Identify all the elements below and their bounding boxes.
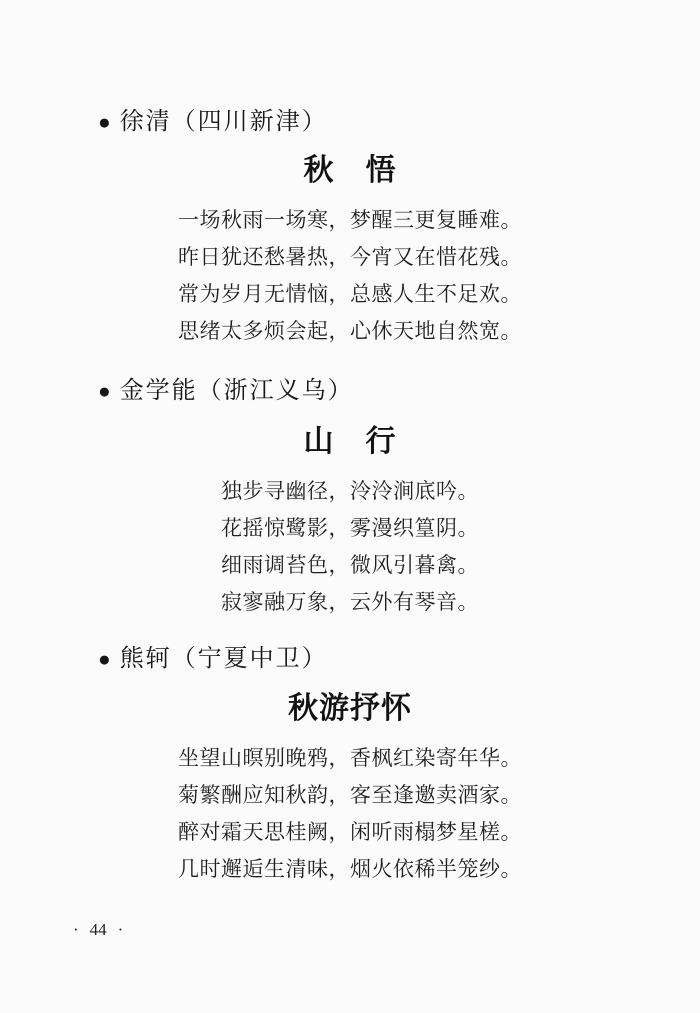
poem-line: 独步寻幽径，泠泠涧底吟。 (0, 473, 700, 510)
poem-line: 昨日犹还愁暑热，今宵又在惜花残。 (0, 239, 700, 276)
page-number-value: 44 (90, 920, 107, 940)
poem-line: 醉对霜天思桂阙，闲听雨榻梦星槎。 (0, 814, 700, 851)
author-name: 徐清（四川新津） (120, 108, 328, 136)
book-page: ● 徐清（四川新津） 秋 悟 一场秋雨一场寒，梦醒三更复睡难。 昨日犹还愁暑热，… (0, 0, 700, 1013)
poem-line: 花摇惊鹭影，雾漫织篁阴。 (0, 510, 700, 547)
poem-line: 几时邂逅生清味，烟火依稀半笼纱。 (0, 851, 700, 888)
bullet-icon: ● (98, 381, 111, 402)
author-line: ● 熊轲（宁夏中卫） (98, 645, 328, 673)
author-name: 金学能（浙江义乌） (120, 377, 354, 405)
poem-title: 秋游抒怀 (0, 693, 700, 725)
poem-line: 一场秋雨一场寒，梦醒三更复睡难。 (0, 202, 700, 239)
poem-title: 秋 悟 (0, 155, 700, 187)
bullet-icon: ● (98, 112, 111, 133)
poem-body: 一场秋雨一场寒，梦醒三更复睡难。 昨日犹还愁暑热，今宵又在惜花残。 常为岁月无情… (0, 202, 700, 350)
bullet-icon: ● (98, 649, 111, 670)
poem-title: 山 行 (0, 426, 700, 458)
author-name: 熊轲（宁夏中卫） (120, 645, 328, 673)
poem-line: 细雨调苔色，微风引暮禽。 (0, 547, 700, 584)
author-line: ● 徐清（四川新津） (98, 108, 328, 136)
page-number: · 44 · (73, 920, 123, 940)
poem-line: 坐望山暝别晚鸦，香枫红染寄年华。 (0, 740, 700, 777)
poem-line: 常为岁月无情恼，总感人生不足欢。 (0, 276, 700, 313)
poem-body: 独步寻幽径，泠泠涧底吟。 花摇惊鹭影，雾漫织篁阴。 细雨调苔色，微风引暮禽。 寂… (0, 473, 700, 621)
poem-body: 坐望山暝别晚鸦，香枫红染寄年华。 菊繁酬应知秋韵，客至逢邀卖酒家。 醉对霜天思桂… (0, 740, 700, 888)
page-number-dot-right: · (118, 920, 124, 940)
poem-line: 菊繁酬应知秋韵，客至逢邀卖酒家。 (0, 777, 700, 814)
poem-line: 寂寥融万象，云外有琴音。 (0, 584, 700, 621)
author-line: ● 金学能（浙江义乌） (98, 377, 354, 405)
page-number-dot-left: · (73, 920, 79, 940)
poem-line: 思绪太多烦会起，心休天地自然宽。 (0, 313, 700, 350)
